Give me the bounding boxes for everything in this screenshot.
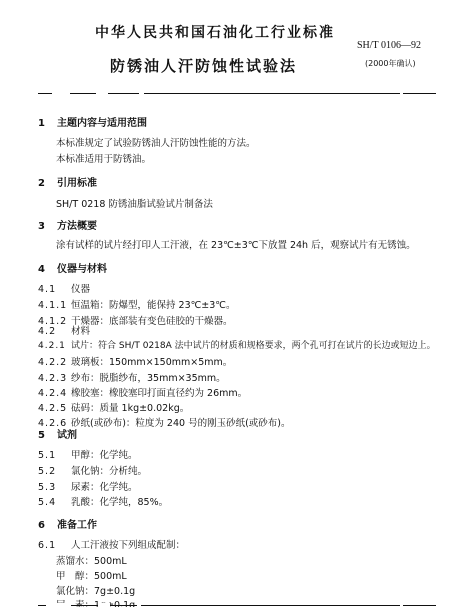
- subsection-heading: 4.2材料: [38, 323, 90, 337]
- clause-number: 4.2.4: [38, 388, 71, 399]
- clause-text: 纱布：脱脂纱布，35mm×35mm。: [71, 373, 226, 384]
- clause-text: 砝码：质量 1kg±0.02kg。: [71, 403, 189, 414]
- section-number: 1: [38, 118, 57, 129]
- section-4-heading: 4仪器与材料: [38, 260, 107, 275]
- section-title: 主题内容与适用范围: [57, 118, 147, 129]
- paragraph: SH/T 0218 防锈油脂试验试片制备法: [56, 196, 213, 210]
- paragraph: 本标准适用于防锈油。: [56, 151, 151, 165]
- section-2-heading: 2引用标准: [38, 174, 97, 189]
- recipe-line: 氯化钠：7g±0.1g: [56, 583, 135, 597]
- section-title: 仪器与材料: [57, 264, 107, 275]
- subsection-heading: 4.1仪器: [38, 281, 90, 295]
- section-title: 准备工作: [57, 520, 97, 531]
- section-5-heading: 5试剂: [38, 426, 77, 441]
- clause-text: 玻璃板：150mm×150mm×5mm。: [71, 357, 232, 368]
- clause: 5.4乳酸：化学纯，85%。: [38, 494, 168, 508]
- section-3-heading: 3方法概要: [38, 217, 97, 232]
- clause-text: 甲醇：化学纯。: [71, 450, 138, 461]
- section-6-heading: 6准备工作: [38, 516, 97, 531]
- subsection-title: 人工汗液按下列组成配制：: [71, 540, 185, 551]
- section-number: 6: [38, 520, 57, 531]
- clause-text: 恒温箱：防爆型，能保持 23℃±3℃。: [71, 300, 235, 311]
- recipe-line: 蒸馏水：500mL: [56, 553, 127, 567]
- clause-number: 5.3: [38, 482, 71, 493]
- clause-text: 氯化钠：分析纯。: [71, 466, 147, 477]
- subsection-heading: 6.1人工汗液按下列组成配制：: [38, 537, 185, 551]
- clause: 4.2.2玻璃板：150mm×150mm×5mm。: [38, 354, 232, 368]
- section-number: 2: [38, 178, 57, 189]
- clause: 4.2.3纱布：脱脂纱布，35mm×35mm。: [38, 370, 226, 384]
- section-number: 5: [38, 430, 57, 441]
- clause: 4.2.4橡胶塞：橡胶塞印打面直径约为 26mm。: [38, 385, 247, 399]
- section-number: 4: [38, 264, 57, 275]
- section-title: 方法概要: [57, 221, 97, 232]
- clause: 5.3尿素：化学纯。: [38, 479, 138, 493]
- top-divider: [38, 93, 436, 94]
- clause-number: 4.2.3: [38, 373, 71, 384]
- clause-text: 尿素：化学纯。: [71, 482, 138, 493]
- section-title: 试剂: [57, 430, 77, 441]
- standard-code: SH/T 0106—92: [357, 40, 421, 51]
- recipe-line: 甲 醇：500mL: [56, 568, 127, 582]
- subsection-number: 4.2: [38, 326, 71, 337]
- clause-number: 4.2.1: [38, 341, 71, 351]
- clause-number: 4.1.1: [38, 300, 71, 311]
- clause-text: 试片：符合 SH/T 0218A 法中试片的材质和规格要求，两个孔可打在试片的长…: [71, 341, 436, 351]
- clause-text: 砂纸(或砂布)：粒度为 240 号的刚玉砂纸(或砂布)。: [71, 418, 291, 429]
- clause-number: 5.1: [38, 450, 71, 461]
- subsection-title: 仪器: [71, 284, 90, 295]
- paragraph: 涂有试样的试片经打印人工汗液，在 23℃±3℃下放置 24h 后，观察试片有无锈…: [56, 237, 416, 251]
- subsection-title: 材料: [71, 326, 90, 337]
- clause-number: 5.4: [38, 497, 71, 508]
- clause-text: 干燥器：底部装有变色硅胶的干燥器。: [71, 316, 233, 327]
- section-1-heading: 1主题内容与适用范围: [38, 114, 147, 129]
- standard-confirm-note: (2000年确认): [365, 58, 416, 69]
- subsection-number: 6.1: [38, 540, 71, 551]
- clause-number: 4.2.5: [38, 403, 71, 414]
- clause: 5.1甲醇：化学纯。: [38, 447, 138, 461]
- bottom-divider: [38, 605, 436, 606]
- paragraph: 本标准规定了试验防锈油人汗防蚀性能的方法。: [56, 135, 256, 149]
- clause-text: 乳酸：化学纯，85%。: [71, 497, 168, 508]
- standard-org-title: 中华人民共和国石油化工行业标准: [95, 22, 335, 42]
- section-number: 3: [38, 221, 57, 232]
- document-title: 防锈油人汗防蚀性试验法: [110, 55, 297, 76]
- clause: 4.2.5砝码：质量 1kg±0.02kg。: [38, 400, 189, 414]
- section-title: 引用标准: [57, 178, 97, 189]
- clause-text: 橡胶塞：橡胶塞印打面直径约为 26mm。: [71, 388, 247, 399]
- clause-number: 5.2: [38, 466, 71, 477]
- clause: 5.2氯化钠：分析纯。: [38, 463, 147, 477]
- subsection-number: 4.1: [38, 284, 71, 295]
- clause: 4.2.1试片：符合 SH/T 0218A 法中试片的材质和规格要求，两个孔可打…: [38, 338, 436, 351]
- clause-number: 4.2.2: [38, 357, 71, 368]
- clause: 4.1.1恒温箱：防爆型，能保持 23℃±3℃。: [38, 297, 235, 311]
